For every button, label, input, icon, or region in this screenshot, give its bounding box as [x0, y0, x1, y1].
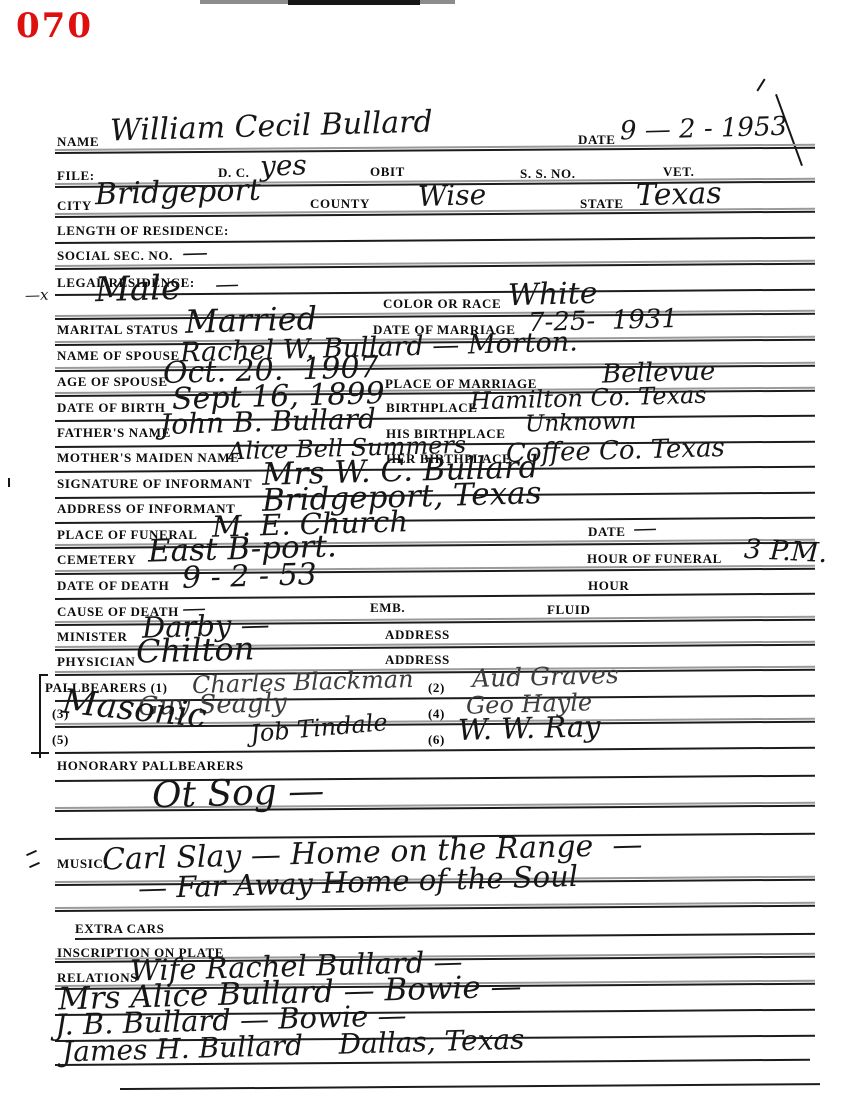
color-or-race-label: COLOR OR RACE: [383, 296, 501, 312]
minister-label: MINISTER: [57, 629, 128, 645]
date-of-death-label: DATE OF DEATH: [57, 578, 169, 594]
fluid-label: FLUID: [547, 602, 590, 618]
file-label: FILE:: [57, 168, 95, 184]
ruled-line: [55, 313, 815, 320]
city-label: CITY: [57, 198, 92, 214]
funeral-record-form: 070 NAME William Cecil Bullard DATE 9 — …: [0, 0, 850, 1100]
ruled-line: [75, 933, 815, 940]
city-value: Bridgeport: [95, 176, 262, 211]
ruled-line: [120, 1083, 820, 1090]
pallbearers-bracket-bottom: [31, 752, 49, 754]
date-of-birth-label: DATE OF BIRTH: [57, 400, 165, 416]
physician-label: PHYSICIAN: [57, 654, 135, 670]
county-value: Wise: [418, 181, 487, 211]
dc-value: yes: [260, 151, 308, 180]
fathers-name-label: FATHER'S NAME: [57, 425, 171, 441]
scan-tick-left: [8, 478, 10, 487]
sex-value: Male: [95, 271, 182, 307]
ruled-line: [55, 517, 815, 524]
funeral-date-value: —: [633, 516, 658, 541]
social-sec-no-label: SOCIAL SEC. NO.: [57, 248, 173, 264]
name-value: William Cecil Bullard: [110, 107, 433, 146]
pallbearers-bracket-top: [39, 674, 48, 676]
pallbearer-6-value: W. W. Ray: [458, 712, 601, 745]
scan-dash-music-1: [26, 850, 37, 856]
scan-bar-black: [288, 0, 420, 5]
social-sec-no-value: —: [182, 240, 209, 267]
age-of-spouse-label: AGE OF SPOUSE: [57, 374, 168, 390]
date-of-death-value: 9 - 2 - 53: [182, 560, 318, 594]
ruled-line: [55, 669, 815, 676]
music-label: MUSIC:: [57, 856, 108, 872]
scan-mark-top-right: [756, 79, 765, 92]
state-value: Texas: [636, 179, 722, 211]
legal-residence-value: —: [215, 272, 240, 297]
his-birthplace-value: Unknown: [525, 410, 637, 436]
name-label: NAME: [57, 134, 99, 150]
minister-address-label: ADDRESS: [385, 627, 450, 643]
birthplace-label: BIRTHPLACE: [386, 400, 478, 416]
pallbearer-4-number: (4): [428, 706, 445, 722]
sex-mark: —x: [25, 288, 49, 304]
extra-cars-label: EXTRA CARS: [75, 921, 164, 937]
mothers-maiden-name-label: MOTHER'S MAIDEN NAME: [57, 450, 239, 466]
ruled-line: [55, 905, 815, 912]
pallbearers-bracket: [39, 674, 41, 758]
birthplace-value: Hamilton Co. Texas: [470, 383, 707, 414]
funeral-date-label: DATE: [588, 524, 626, 540]
emb-label: EMB.: [370, 600, 405, 616]
pallbearer-6-number: (6): [428, 732, 445, 748]
cemetery-label: CEMETERY: [57, 552, 136, 568]
honorary-pallbearers-label: HONORARY PALLBEARERS: [57, 758, 244, 774]
address-of-informant-label: ADDRESS OF INFORMANT: [57, 501, 235, 517]
date-value: 9 — 2 - 1953: [620, 114, 788, 145]
county-label: COUNTY: [310, 196, 370, 212]
marital-status-value: Married: [185, 302, 318, 338]
page-number: 070: [16, 6, 93, 46]
pallbearer-2-value: Aud Graves: [472, 662, 619, 691]
physician-value: Chilton: [136, 632, 255, 667]
ruled-line: [55, 147, 815, 154]
ssno-label: S. S. NO.: [520, 166, 576, 182]
marital-status-label: MARITAL STATUS: [57, 322, 178, 338]
length-of-residence-label: LENGTH OF RESIDENCE:: [57, 223, 229, 239]
hour-of-funeral-label: HOUR OF FUNERAL: [587, 551, 722, 567]
date-label: DATE: [578, 132, 616, 148]
scan-dash-music-2: [29, 862, 40, 868]
pallbearer-2-number: (2): [428, 680, 445, 696]
obit-label: OBIT: [370, 164, 405, 180]
honorary-pallbearers-value: Ot Sog —: [152, 774, 325, 815]
hour-label: HOUR: [588, 578, 629, 594]
pallbearer-5-number: (5): [52, 732, 69, 748]
name-of-spouse-label: NAME OF SPOUSE: [57, 348, 180, 364]
signature-of-informant-label: SIGNATURE OF INFORMANT: [57, 476, 252, 492]
state-label: STATE: [580, 196, 624, 212]
hour-of-funeral-value: 3 P.M.: [743, 536, 828, 567]
